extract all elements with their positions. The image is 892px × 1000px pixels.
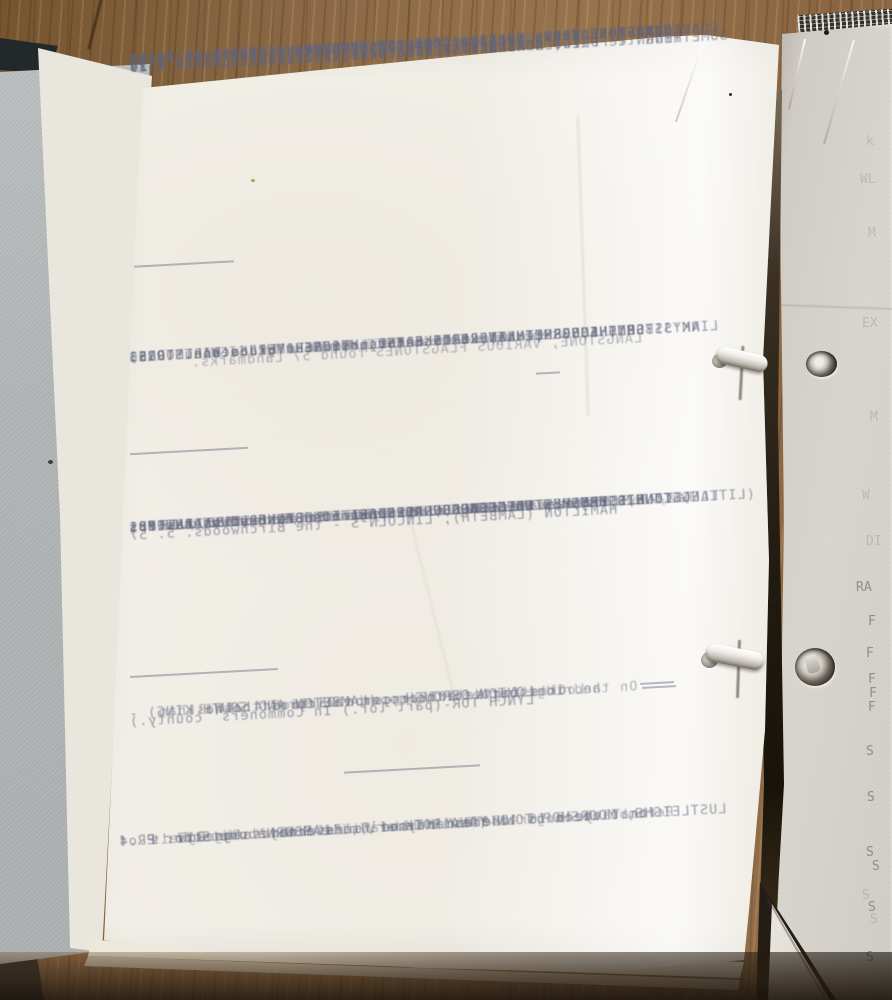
- edge-letter: RA: [856, 580, 872, 595]
- ink-speck: [422, 700, 425, 703]
- typed-line: that there for one end of the forest bou…: [150, 834, 151, 847]
- edge-letter: W: [862, 488, 870, 503]
- punched-hole: [806, 351, 837, 377]
- ink-speck: [824, 30, 829, 35]
- edge-letter: F: [866, 646, 874, 661]
- edge-letter: EX: [862, 316, 878, 331]
- edge-letter: k: [866, 134, 874, 149]
- typed-line: stepping'a Gates .EPIC 4.p48: [310, 342, 311, 355]
- edge-letter: M: [870, 410, 878, 425]
- edge-letter: DI: [866, 534, 882, 549]
- ink-speck: [48, 460, 53, 464]
- ink-speck: [729, 93, 732, 96]
- typed-line: Crossing's '101 ,ergs on Dartmoor' .14: [216, 703, 217, 716]
- edge-letter: S: [866, 950, 874, 965]
- typed-line-text: 42-74: [639, 492, 686, 508]
- edge-letter: S: [867, 790, 875, 805]
- typed-line: and the heart for moor, on the forest bo…: [186, 705, 187, 718]
- typed-line: AMY'S LEMONS, .SMITHLANDLORDS RAYS.'i MO…: [128, 352, 129, 365]
- edge-letter: WL: [860, 172, 876, 187]
- edge-letter: S: [870, 912, 878, 927]
- typed-line: belongs to the Manor of Willsworthy. Pgs…: [176, 833, 177, 846]
- typed-line: ..189: [571, 30, 572, 43]
- typed-line: On the ridge between the upper valley of…: [158, 706, 159, 719]
- typed-line: LYNCH TOR-(part lor.) In Commoners' coun…: [128, 716, 129, 729]
- edge-letter: F: [868, 672, 876, 687]
- ink-speck: [251, 179, 255, 182]
- edge-letter: S: [866, 744, 874, 759]
- typed-line: (LITTLE) CONNISTERS, LITTLE.SCHOOLED (in…: [128, 522, 129, 535]
- edge-letter: S: [872, 859, 880, 874]
- typed-line: BASFORDINA- M. ..leagey.lint.: [128, 54, 129, 67]
- edge-letter: M: [868, 226, 876, 241]
- typed-line: LUSTLEIGHS, MOORSHOP TOWN (Devil Tamar.)…: [118, 836, 119, 849]
- typed-line-text: ..189: [571, 27, 618, 43]
- typed-line: Tan, B.M. oversaw no.0111 275 M. N.B. L.…: [160, 520, 161, 533]
- edge-letter: S: [866, 845, 874, 860]
- edge-letter: F: [868, 700, 876, 715]
- edge-letter: F: [869, 686, 877, 701]
- edge-letter: F: [868, 614, 876, 629]
- typed-line: 42-74: [639, 494, 640, 507]
- binder-photo: kWLMEXMWDIRAFFFFFSSSSSSSS LOGAN le COBBI…: [0, 0, 892, 1000]
